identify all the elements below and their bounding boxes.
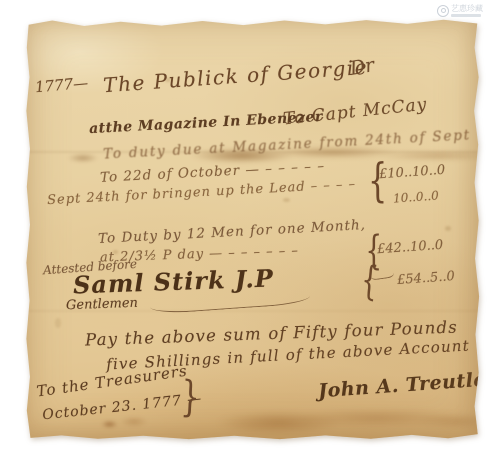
year-notation: 1777— — [34, 76, 88, 96]
entry-amount: 10..0..0 — [393, 189, 440, 204]
foxing-speck — [55, 318, 61, 328]
entry-line: Sept 24th for bringen up the Lead – – – … — [47, 178, 357, 207]
foxing-speck — [445, 226, 451, 231]
document-title: The Publick of Georgie — [103, 57, 369, 95]
entry-line: To Duty by 12 Men for one Month, — [98, 219, 366, 247]
paper-shadow-wrap: 1777— The Publick of Georgie Dr To Capt … — [0, 0, 500, 457]
entry-amount: £10..10..0 — [379, 164, 446, 182]
debtor-abbreviation: Dr — [349, 56, 376, 79]
bracket-close: } — [180, 375, 201, 419]
stain-bottom-band — [200, 396, 485, 442]
gentlemen-salutation: Gentlemen — [66, 297, 138, 313]
total-amount: £54..5..0 — [397, 270, 456, 287]
justice-signature: Saml Stirk J.P — [73, 267, 275, 298]
author-signature: John A. Treutlen — [318, 370, 500, 402]
entry-line: To duty due at Magazine from 24th of Sep… — [103, 129, 471, 162]
scanned-document-photo: 艺惠珍藏 1777— The Publick of Georgie Dr To … — [0, 0, 500, 457]
foxing-speck — [283, 198, 290, 202]
manuscript-paper: 1777— The Publick of Georgie Dr To Capt … — [25, 18, 480, 440]
bracket-open: { — [360, 259, 380, 302]
location-line: atthe Magazine In Ebenezer — [89, 110, 323, 136]
entry-amount: £42..10..0 — [377, 239, 444, 257]
